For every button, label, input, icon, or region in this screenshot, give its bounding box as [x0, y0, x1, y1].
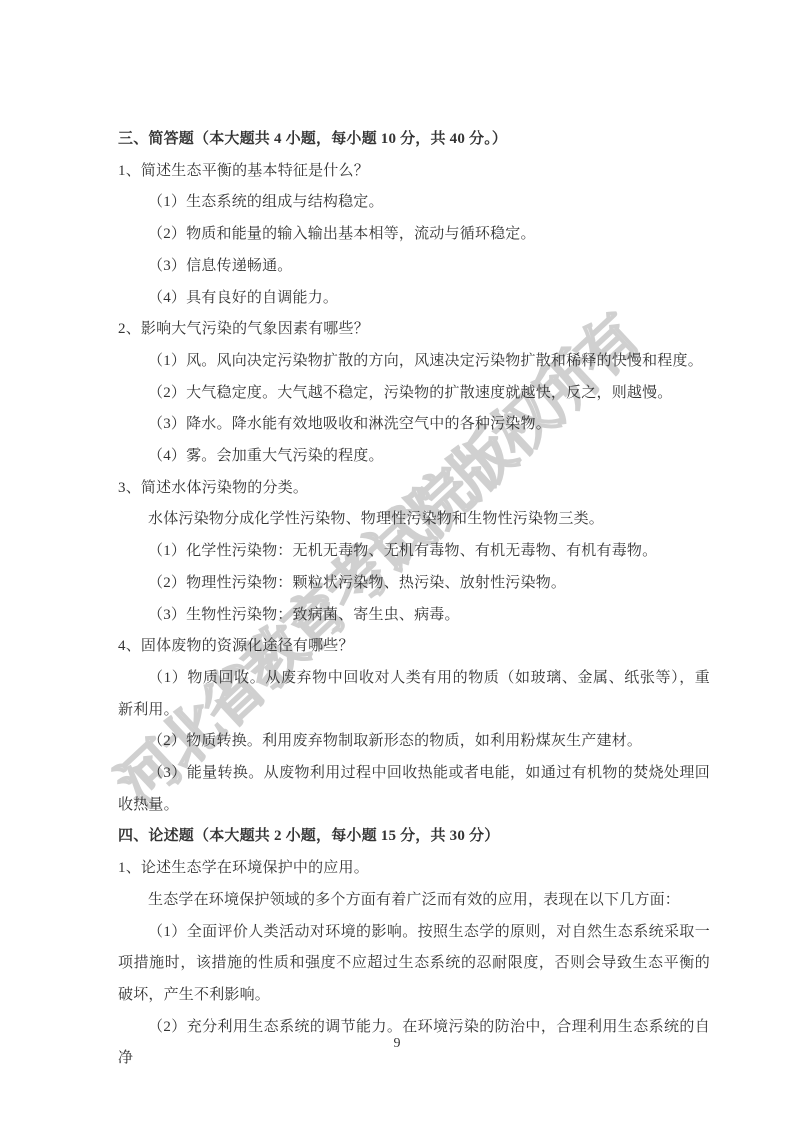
s3-q2-answer-2: （2）大气稳定度。大气越不稳定，污染物的扩散速度就越快，反之，则越慢。: [118, 378, 710, 410]
section-4-heading: 四、论述题（本大题共 2 小题，每小题 15 分，共 30 分）: [118, 821, 710, 853]
s3-q3-intro: 水体污染物分成化学性污染物、物理性污染物和生物性污染物三类。: [118, 504, 710, 536]
s3-q1-answer-4: （4）具有良好的自调能力。: [118, 283, 710, 315]
s3-q1-answer-3: （3）信息传递畅通。: [118, 251, 710, 283]
s3-q4-title: 4、固体废物的资源化途径有哪些？: [118, 631, 710, 663]
s3-q2-answer-4: （4）雾。会加重大气污染的程度。: [118, 441, 710, 473]
s4-q1-title: 1、论述生态学在环境保护中的应用。: [118, 853, 710, 885]
exam-document-page: 河北省教育考试院版权所有 三、简答题（本大题共 4 小题，每小题 10 分，共 …: [0, 0, 794, 1123]
s3-q3-title: 3、简述水体污染物的分类。: [118, 473, 710, 505]
s3-q4-answer-1: （1）物质回收。从废弃物中回收对人类有用的物质（如玻璃、金属、纸张等），重新利用…: [118, 663, 710, 726]
s3-q1-answer-2: （2）物质和能量的输入输出基本相等，流动与循环稳定。: [118, 219, 710, 251]
s3-q4-answer-2: （2）物质转换。利用废弃物制取新形态的物质，如利用粉煤灰生产建材。: [118, 726, 710, 758]
s3-q3-answer-2: （2）物理性污染物：颗粒状污染物、热污染、放射性污染物。: [118, 568, 710, 600]
s4-q1-answer-1: （1）全面评价人类活动对环境的影响。按照生态学的原则，对自然生态系统采取一项措施…: [118, 917, 710, 1012]
document-body: 三、简答题（本大题共 4 小题，每小题 10 分，共 40 分。） 1、简述生态…: [118, 124, 710, 1075]
s3-q1-answer-1: （1）生态系统的组成与结构稳定。: [118, 187, 710, 219]
s4-q1-intro: 生态学在环境保护领域的多个方面有着广泛而有效的应用，表现在以下几方面：: [118, 885, 710, 917]
s3-q2-title: 2、影响大气污染的气象因素有哪些？: [118, 314, 710, 346]
s3-q2-answer-3: （3）降水。降水能有效地吸收和淋洗空气中的各种污染物。: [118, 409, 710, 441]
s3-q2-answer-1: （1）风。风向决定污染物扩散的方向，风速决定污染物扩散和稀释的快慢和程度。: [118, 346, 710, 378]
page-number: 9: [0, 1036, 794, 1052]
s3-q3-answer-3: （3）生物性污染物：致病菌、寄生虫、病毒。: [118, 600, 710, 632]
s3-q1-title: 1、简述生态平衡的基本特征是什么？: [118, 156, 710, 188]
section-3-heading: 三、简答题（本大题共 4 小题，每小题 10 分，共 40 分。）: [118, 124, 710, 156]
s3-q4-answer-3: （3）能量转换。从废物利用过程中回收热能或者电能，如通过有机物的焚烧处理回收热量…: [118, 758, 710, 821]
s3-q3-answer-1: （1）化学性污染物：无机无毒物、无机有毒物、有机无毒物、有机有毒物。: [118, 536, 710, 568]
